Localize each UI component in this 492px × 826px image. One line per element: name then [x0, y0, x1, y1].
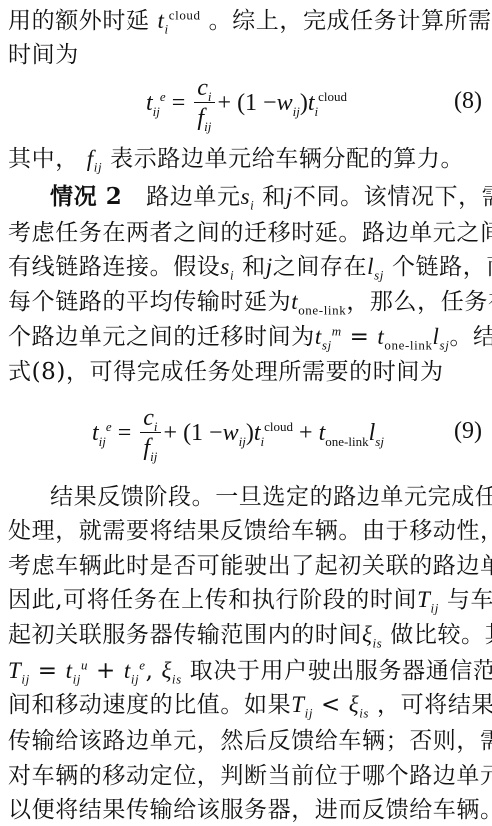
text-line: 考虑车辆此时是否可能驶出了起初关联的路边单元。	[8, 551, 488, 581]
text-line: 结果反馈阶段。一旦选定的路边单元完成任务的	[50, 482, 488, 512]
text-line: 每个链路的平均传输时延为tone-link，那么，任务在 2	[8, 287, 488, 317]
text: 用的额外时延	[8, 8, 150, 34]
text-line: Tij = tiju + tije, ξis 取决于用户驶出服务器通信范围的时	[8, 656, 488, 686]
text-line: 处理，就需要将结果反馈给车辆。由于移动性，需要	[8, 516, 488, 546]
text-line: 个路边单元之间的迁移时间为tsjm = tone-linklsj。结合	[8, 322, 488, 352]
text-line: 间和移动速度的比值。如果Tij < ξis ，可将结果首先	[8, 690, 488, 720]
text: 。综上，完成任务计算所需要的	[209, 8, 492, 34]
text-line: 用的额外时延 ticloud 。综上，完成任务计算所需要的	[8, 6, 488, 36]
text-line: 有线链路连接。假设si 和j之间存在lsj 个链路，而	[8, 252, 488, 282]
equation-9: tije = cifij + (1 − wij) ticloud + tone-…	[0, 398, 492, 468]
math-t-cloud: ticloud	[158, 8, 201, 33]
text-line: 对车辆的移动定位，判断当前位于哪个路边单元，	[8, 761, 488, 791]
text-line: 时间为	[8, 40, 488, 70]
equation-number: (8)	[454, 88, 482, 115]
text-line: 其中， fij 表示路边单元给车辆分配的算力。	[8, 144, 488, 174]
text-line: 式(8)，可得完成任务处理所需要的时间为	[8, 357, 488, 387]
equation-number: (9)	[454, 418, 482, 445]
equation-8: tije = cifij + (1 − wij) ticloud (8)	[0, 68, 492, 138]
text-line: 以便将结果传输给该服务器，进而反馈给车辆。	[8, 795, 488, 825]
case-label: 情况 2	[50, 183, 122, 210]
text-line: 传输给该路边单元，然后反馈给车辆；否则，需要	[8, 726, 488, 756]
text-line: 起初关联服务器传输范围内的时间ξis 做比较。其中,	[8, 620, 488, 650]
text-line: 考虑任务在两者之间的迁移时延。路边单元之间通过	[8, 218, 488, 248]
text-line: 情况 2 路边单元si 和j不同。该情况下，需要	[50, 182, 488, 212]
text-line: 因此,可将任务在上传和执行阶段的时间Tij 与车辆在	[8, 585, 488, 615]
